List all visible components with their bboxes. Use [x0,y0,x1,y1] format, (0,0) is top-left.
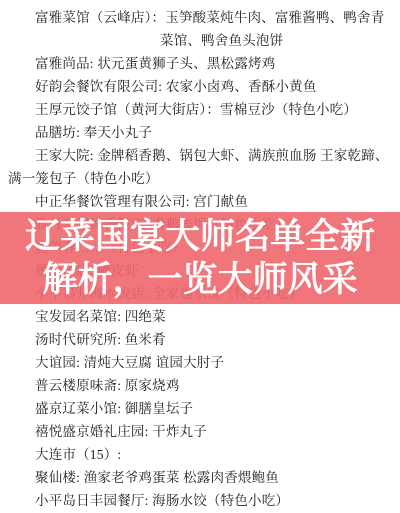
document-line: 普云楼原味斋: 原家烧鸡 [0,374,400,397]
document-line: 中正华餐饮管理有限公司: 宫门献鱼 [0,190,400,213]
document-line: 品膳坊: 奉天小丸子 [0,121,400,144]
document-line: 汤时代研究所: 鱼米肴 [0,328,400,351]
document-line: 宝发园名菜馆: 四绝菜 [0,305,400,328]
headline-line-2: 解析，一览大师风采 [42,258,357,301]
document-line: 盛京辽菜小馆: 御膳皇坛子 [0,397,400,420]
document-line: 富雅菜馆（云峰店）：玉笋酸菜炖牛肉、富雅酱鸭、鸭舍青 [0,6,400,29]
document-line: 富雅尚品: 状元蛋黄狮子头、黑松露烤鸡 [0,52,400,75]
document-line: 王厚元饺子馆（黄河大街店）：雪棉豆沙（特色小吃） [0,98,400,121]
document-line: 满一笼包子（特色小吃） [0,167,400,190]
document-line: 小平岛日丰园餐厅: 海肠水饺（特色小吃） [0,489,400,512]
headline-text-block: 辽菜国宴大师名单全新 解析，一览大师风采 [0,212,400,304]
document-line: 菜馆、鸭舍鱼头泡饼 [0,29,400,52]
screenshot-root: 富雅菜馆（云峰店）：玉笋酸菜炖牛肉、富雅酱鸭、鸭舍青菜馆、鸭舍鱼头泡饼富雅尚品:… [0,0,400,513]
document-line: 王家大院: 金牌稻香鹅、锅包大虾、满族煎血肠 王家乾蹄、 [0,144,400,167]
document-line: 好韵会餐饮有限公司: 农家小卤鸡、香酥小黄鱼 [0,75,400,98]
document-line: 禧悦盛京婚礼庄园: 干炸丸子 [0,420,400,443]
document-line: 聚仙楼: 渔家老爷鸡蛋菜 松露肉香煨鲍鱼 [0,466,400,489]
headline-line-1: 辽菜国宴大师名单全新 [25,215,375,258]
document-line: 大谊园: 清炖大豆腐 谊园大肘子 [0,351,400,374]
document-line: 大连市（15）: [0,443,400,466]
headline-banner: 辽菜国宴大师名单全新 解析，一览大师风采 [0,212,400,304]
